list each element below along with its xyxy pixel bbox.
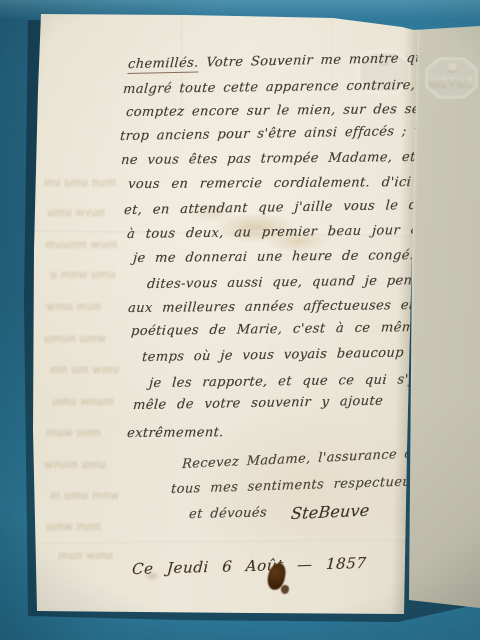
embossed-seal-icon: WEYNE bbox=[425, 57, 478, 99]
bleedthrough-mark: nuvw umu bbox=[47, 206, 105, 219]
handwritten-line: aux meilleures années affectueuses et bbox=[127, 298, 415, 316]
seal-embossed-text: WEYNE bbox=[429, 78, 474, 89]
bleedthrough-mark: wnm umu m bbox=[50, 489, 119, 502]
photo-scene: WEYNE mun uma vm nuvw umu muw mnuum umu … bbox=[0, 0, 480, 640]
handwritten-line: je me donnerai une heure de congé. bbox=[132, 248, 414, 266]
bleedthrough-mark: umu wnm u bbox=[50, 268, 116, 281]
bleedthrough-mark: umw mu nm bbox=[50, 363, 119, 376]
handwritten-line: poétiques de Marie, c'est à ce même bbox=[130, 320, 423, 339]
closing-line: tous mes sentiments respectueux bbox=[171, 474, 420, 497]
bleedthrough-mark: nmu wum bbox=[46, 426, 101, 439]
dateline: Ce Jeudi 6 Août — 1857 bbox=[131, 554, 367, 578]
handwritten-line: mêle de votre souvenir y ajoute bbox=[132, 394, 383, 413]
closing-line: Recevez Madame, l'assurance de bbox=[182, 446, 422, 472]
ink-blot-droplet bbox=[281, 585, 289, 594]
vertical-crease bbox=[331, 17, 334, 79]
handwritten-line: trop anciens pour s'être ainsi effacés ;… bbox=[119, 123, 446, 144]
bleedthrough-mark: umu munw bbox=[44, 458, 106, 471]
handwritten-line: extrêmement. bbox=[126, 425, 224, 441]
bleedthrough-mark: mun wmu bbox=[46, 520, 101, 533]
signature: SteBeuve bbox=[290, 501, 370, 524]
horizontal-crease bbox=[34, 536, 408, 544]
bleedthrough-mark: mun uma vm bbox=[44, 176, 116, 189]
handwritten-line: temps où je vous voyais beaucoup que bbox=[141, 345, 439, 365]
bleedthrough-mark: muw mnuum bbox=[45, 238, 118, 251]
handwritten-line: ne vous êtes pas trompée Madame, et je bbox=[120, 150, 438, 168]
handwritten-line: à tous deux, au premier beau jour où bbox=[126, 223, 428, 242]
handwritten-line: et, en attendant que j'aille vous le dir… bbox=[123, 198, 437, 218]
underlined-word: chemillés. bbox=[127, 56, 199, 75]
handwritten-line: vous en remercie cordialement. d'ici là bbox=[127, 175, 436, 192]
handwritten-line: je les rapporte, et que ce qui s'y bbox=[148, 372, 416, 391]
handwritten-line: dites-vous aussi que, quand je pense bbox=[146, 273, 428, 292]
bleedthrough-mark: umw num bbox=[58, 549, 113, 562]
bleedthrough-mark: wmu numu bbox=[44, 332, 106, 345]
bleedthrough-mark: munw umu bbox=[52, 395, 114, 408]
seal-crest-icon bbox=[448, 63, 457, 71]
embossed-seal-relief: WEYNE bbox=[428, 60, 475, 96]
bleedthrough-mark: num umw bbox=[46, 300, 101, 313]
closing-line: et dévoués bbox=[189, 505, 268, 522]
